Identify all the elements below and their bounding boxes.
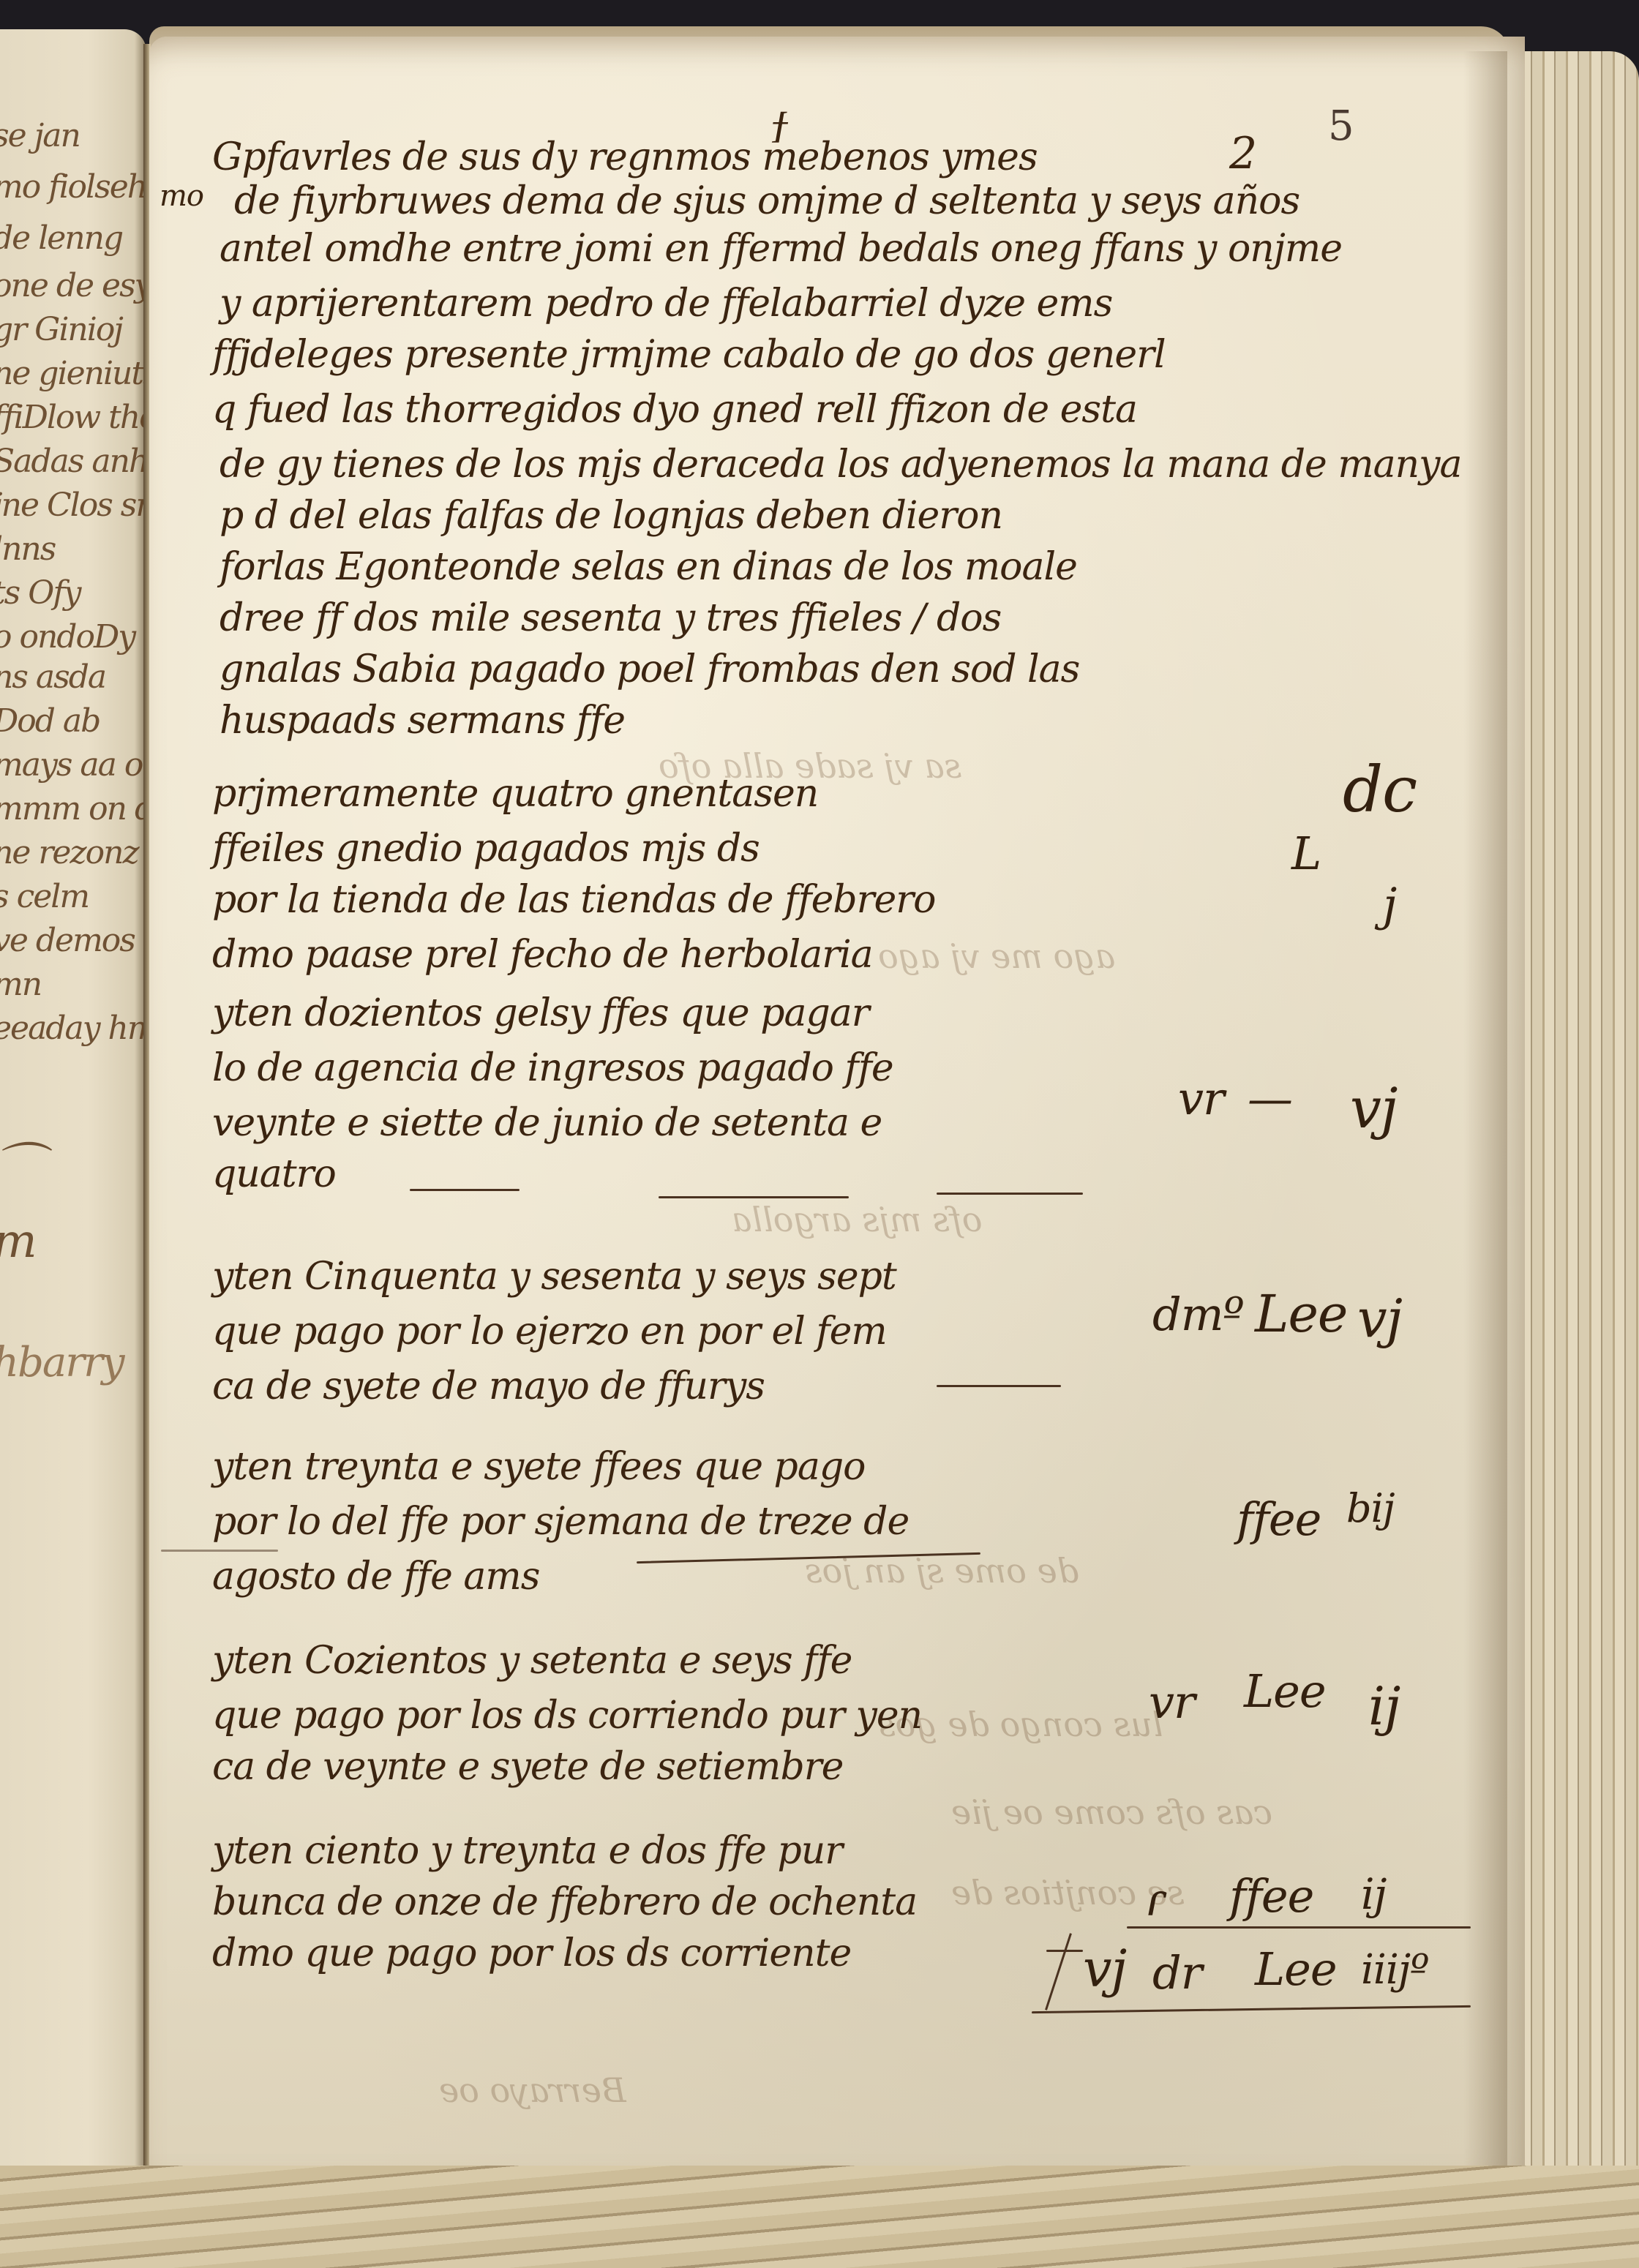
- total-sum: dr: [1152, 1946, 1201, 1999]
- margin-sum: ffee: [1229, 1869, 1313, 1923]
- margin-sum: L: [1291, 827, 1321, 880]
- margin-sum: Lee: [1255, 1284, 1347, 1344]
- text-line: bunca de onze de ffebrero de ochenta: [212, 1880, 917, 1924]
- text-line: por lo del ffe por sjemana de treze de: [212, 1500, 909, 1544]
- text-line: y aprijerentarem pedro de ffelabarriel d…: [220, 282, 1112, 326]
- text-line: p d del elas falfas de lognjas deben die…: [220, 494, 1002, 538]
- margin-sum: dc: [1343, 754, 1417, 827]
- text-line: yten dozientos gelsy ffes que pagar: [212, 991, 869, 1035]
- verso-line: ns asda: [0, 658, 105, 696]
- bleed-through-text: Berrayo oe: [439, 2070, 626, 2110]
- filler-stroke: [937, 1385, 1061, 1387]
- text-line: ca de veynte e syete de setiembre: [212, 1745, 843, 1789]
- text-line: por la tienda de las tiendas de ffebrero: [212, 878, 935, 922]
- verso-line: Sadas anhr: [0, 443, 146, 480]
- text-line: yten Cinquenta y sesenta y seys sept: [212, 1255, 896, 1299]
- page-shadow: [1463, 51, 1507, 2173]
- text-line: dree ff dos mile sesenta y tres ffieles …: [220, 596, 1001, 640]
- bleed-through-text: ago me vj ago: [878, 936, 1115, 976]
- verso-line: mays aa ome: [0, 746, 146, 784]
- bleed-through-text: ofs mjs argolla: [732, 1200, 982, 1239]
- verso-line: Dod ab: [0, 702, 100, 740]
- verso-flourish: ⌒: [0, 1127, 42, 1201]
- verso-line: o ondoDy: [0, 618, 135, 656]
- text-line: yten ciento y treynta e dos ffe pur: [212, 1829, 842, 1873]
- filler-stroke: [410, 1189, 520, 1191]
- text-line: que pago por lo ejerzo en por el fem: [212, 1310, 887, 1353]
- total-sum: iiijº: [1361, 1946, 1428, 1994]
- verso-line: de lenng: [0, 219, 122, 257]
- verso-line: m: [0, 1214, 36, 1269]
- margin-sum: j: [1383, 878, 1396, 931]
- text-line: dmo paase prel fecho de herbolaria: [212, 933, 873, 977]
- text-line: que pago por los ds corriendo pur yen: [212, 1694, 922, 1738]
- verso-page-fragment: se jan mo fiolsehr de lenng one de esy g…: [0, 29, 146, 2268]
- filler-stroke: [161, 1550, 278, 1552]
- verso-line: ne rezonz: [0, 834, 138, 871]
- margin-sum: —: [1248, 1072, 1292, 1125]
- total-sum: Lee: [1255, 1942, 1337, 1996]
- heading-mark: 2: [1229, 128, 1256, 179]
- verso-line: jne Clos sm: [0, 487, 146, 524]
- verso-line: mmm on de: [0, 790, 146, 827]
- verso-line: s celm: [0, 878, 89, 915]
- text-line: yten Cozientos y setenta e seys ffe: [212, 1639, 852, 1683]
- verso-line: ne gieniuts: [0, 355, 146, 392]
- margin-sum: vj: [1357, 1288, 1402, 1349]
- text-line: ffjdeleges presente jrmjme cabalo de go …: [212, 333, 1166, 377]
- verso-line: mn: [0, 966, 41, 1003]
- margin-sum: vr: [1149, 1675, 1195, 1729]
- text-line: q fued las thorregidos dyo gned rell ffi…: [212, 388, 1137, 432]
- margin-sum: Lee: [1244, 1664, 1326, 1718]
- text-line: forlas Egonteonde selas en dinas de los …: [220, 545, 1077, 589]
- page-bottom-edges: [0, 2166, 1639, 2268]
- text-line: agosto de ffe ams: [212, 1555, 539, 1599]
- text-line: yten treynta e syete ffees que pago: [212, 1445, 865, 1489]
- text-line: antel omdhe entre jomi en ffermd bedals …: [220, 227, 1342, 271]
- margin-sum: vr: [1178, 1072, 1224, 1125]
- filler-stroke: [937, 1193, 1083, 1195]
- text-line: ca de syete de mayo de ffurys: [212, 1364, 765, 1408]
- left-margin-note: mo: [160, 179, 203, 213]
- text-line: ffeiles gnedio pagados mjs ds: [212, 827, 760, 871]
- verso-line: se jan: [0, 117, 80, 154]
- text-line: quatro: [212, 1152, 336, 1196]
- folio-number: 5: [1328, 102, 1354, 150]
- text-line: de fiyrbruwes dema de sjus omjme d selte…: [234, 179, 1299, 223]
- total-top-rule: [1127, 1926, 1471, 1929]
- text-line: Gpfavrles de sus dy regnmos mebenos ymes: [212, 135, 1038, 179]
- verso-line: ffiDlow the: [0, 399, 146, 436]
- verso-line: eeaday hm: [0, 1010, 146, 1047]
- margin-sum: vj: [1350, 1075, 1398, 1141]
- filler-stroke: [659, 1196, 849, 1198]
- text-line: veynte e siette de junio de setenta e: [212, 1101, 882, 1145]
- text-line: huspaads sermans ffe: [220, 699, 625, 743]
- margin-sum: ij: [1368, 1675, 1400, 1737]
- margin-sum: dmº: [1152, 1288, 1244, 1341]
- verso-line: lnns: [0, 530, 55, 568]
- verso-line: gr Ginioj: [0, 311, 122, 348]
- verso-line: one de esy: [0, 267, 146, 304]
- margin-sum: ij: [1361, 1869, 1387, 1919]
- verso-line: hbarry: [0, 1339, 123, 1386]
- margin-sum: ɾ: [1145, 1873, 1165, 1926]
- total-sum: vj: [1083, 1939, 1126, 1999]
- verso-line: ve demos: [0, 922, 135, 959]
- margin-sum: bij: [1346, 1485, 1395, 1531]
- text-line: lo de agencia de ingresos pagado ffe: [212, 1046, 893, 1090]
- verso-line: ts Ofy: [0, 574, 80, 612]
- text-line: prjmeramente quatro gnentasen: [212, 772, 818, 816]
- text-line: de gy tienes de los mjs deraceda los ady…: [220, 443, 1462, 487]
- text-line: gnalas Sabia pagado poel frombas den sod…: [220, 647, 1079, 691]
- text-line: dmo que pago por los ds corriente: [212, 1931, 851, 1975]
- bleed-through-text: cas ofs come oe jie: [951, 1792, 1272, 1832]
- margin-sum: ffee: [1237, 1492, 1321, 1546]
- verso-line: mo fiolsehr: [0, 168, 146, 206]
